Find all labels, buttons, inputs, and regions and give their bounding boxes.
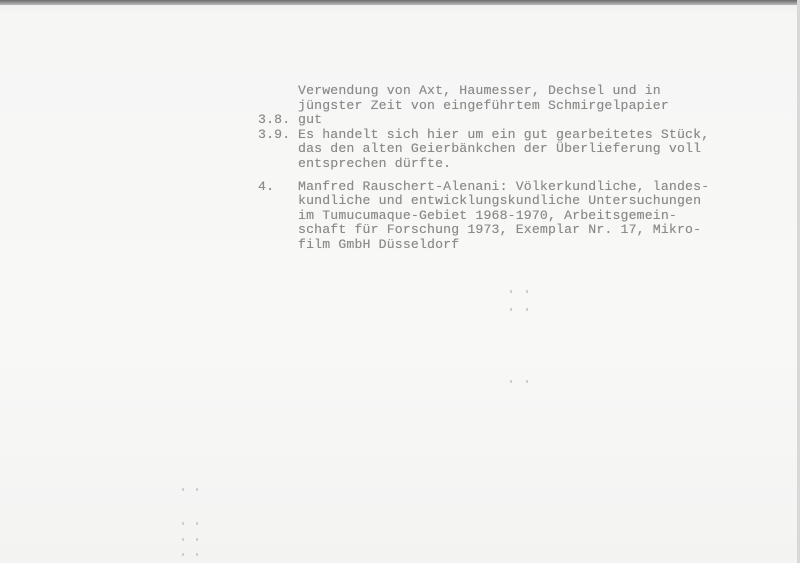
entry-number: 4. [258, 180, 298, 253]
typewritten-text: Verwendung von Axt, Haumesser, Dechsel u… [258, 84, 709, 253]
scan-artifact [196, 522, 198, 525]
scan-artifact [526, 380, 528, 383]
text-line: kundliche und entwicklungskundliche Unte… [298, 194, 709, 209]
text-line: film GmbH Düsseldorf [298, 238, 709, 253]
entry-number [258, 84, 298, 113]
scan-artifact [182, 522, 184, 525]
entry-3-9: 3.9. Es handelt sich hier um ein gut gea… [258, 128, 709, 172]
scan-artifact [510, 308, 512, 311]
text-line: gut [298, 113, 709, 128]
text-line: Manfred Rauschert-Alenani: Völkerkundlic… [298, 180, 709, 195]
scan-artifact [510, 290, 512, 293]
text-line: im Tumucumaque-Gebiet 1968-1970, Arbeits… [298, 209, 709, 224]
scan-artifact [182, 538, 184, 541]
scan-artifact [510, 380, 512, 383]
scan-artifact [196, 488, 198, 491]
scan-artifact [526, 308, 528, 311]
scan-artifact [526, 290, 528, 293]
text-line: das den alten Geierbänkchen der Überlief… [298, 142, 709, 157]
text-line: Verwendung von Axt, Haumesser, Dechsel u… [298, 84, 709, 99]
entry-number: 3.9. [258, 128, 298, 172]
text-line: schaft für Forschung 1973, Exemplar Nr. … [298, 223, 709, 238]
scan-artifact [182, 553, 184, 556]
scan-artifact [182, 488, 184, 491]
entry-3-8: 3.8. gut [258, 113, 709, 128]
text-line: jüngster Zeit von eingeführtem Schmirgel… [298, 99, 709, 114]
scan-artifact [196, 538, 198, 541]
text-line: Es handelt sich hier um ein gut gearbeit… [298, 128, 709, 143]
scanned-document-page: Verwendung von Axt, Haumesser, Dechsel u… [0, 0, 800, 563]
entry-4: 4. Manfred Rauschert-Alenani: Völkerkund… [258, 180, 709, 253]
continuation-entry: Verwendung von Axt, Haumesser, Dechsel u… [258, 84, 709, 113]
entry-number: 3.8. [258, 113, 298, 128]
scan-top-edge [0, 0, 800, 5]
text-line: entsprechen dürfte. [298, 157, 709, 172]
scan-artifact [196, 553, 198, 556]
